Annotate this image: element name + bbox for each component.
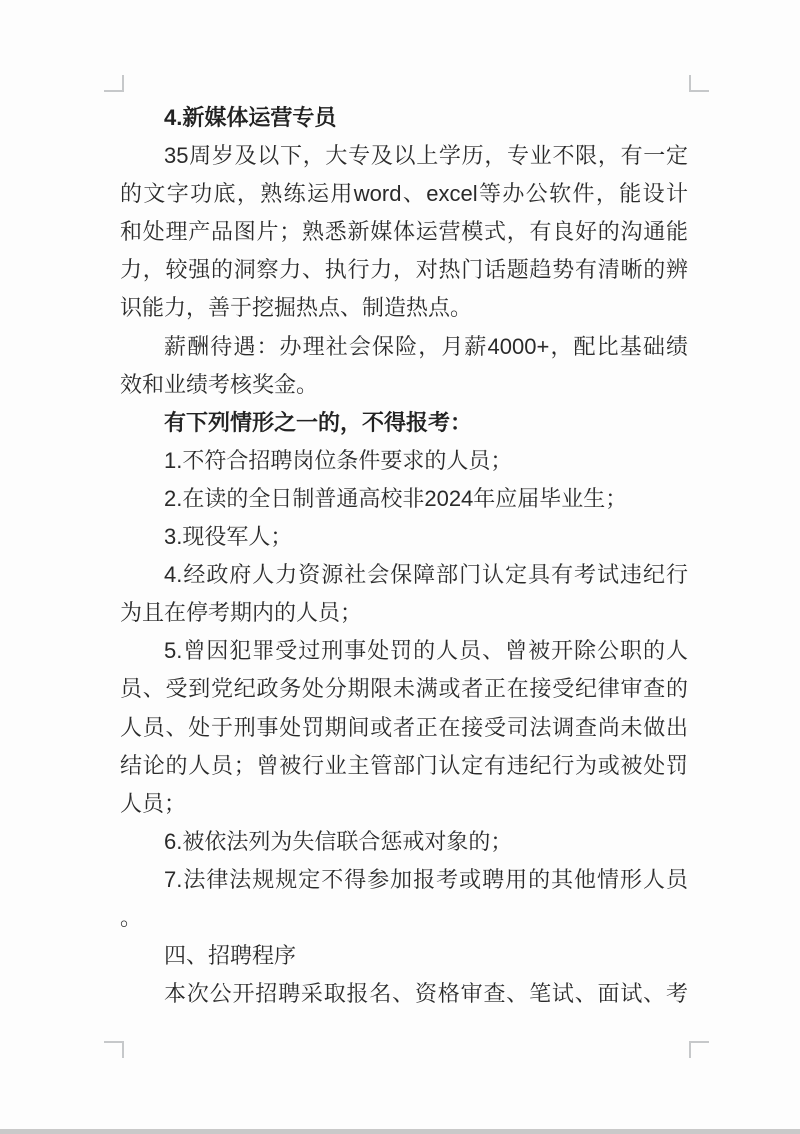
text-boundary-mark-top-left <box>104 75 124 92</box>
list-item-1: 1.不符合招聘岗位条件要求的人员； <box>120 442 688 480</box>
list-item-3: 3.现役军人； <box>120 518 688 556</box>
salary-line: 效和业绩考核奖金。 <box>120 366 688 404</box>
list-item-4: 4.经政府人力资源社会保障部门认定具有考试违纪行 <box>120 556 688 594</box>
doc-line: 力，较强的洞察力、执行力，对热门话题趋势有清晰的辨 <box>120 251 688 289</box>
document-page: 4.新媒体运营专员 35周岁及以下，大专及以上学历，专业不限，有一定 的文字功底… <box>0 0 800 1134</box>
doc-line: 和处理产品图片；熟悉新媒体运营模式，有良好的沟通能 <box>120 213 688 251</box>
doc-line: 35周岁及以下，大专及以上学历，专业不限，有一定 <box>120 137 688 175</box>
list-item-6: 6.被依法列为失信联合惩戒对象的； <box>120 823 688 861</box>
text-boundary-mark-bottom-left <box>104 1041 124 1058</box>
doc-line: 本次公开招聘采取报名、资格审查、笔试、面试、考 <box>120 975 688 1013</box>
doc-line: 的文字功底，熟练运用word、excel等办公软件，能设计 <box>120 175 688 213</box>
text-boundary-mark-top-right <box>689 75 709 92</box>
list-item-4-cont: 为且在停考期内的人员； <box>120 594 688 632</box>
list-item-2: 2.在读的全日制普通高校非2024年应届毕业生； <box>120 480 688 518</box>
list-item-5-cont: 人员、处于刑事处罚期间或者正在接受司法调查尚未做出 <box>120 709 688 747</box>
page-bottom-edge <box>0 1129 800 1134</box>
list-item-5-cont: 结论的人员；曾被行业主管部门认定有违纪行为或被处罚 <box>120 747 688 785</box>
list-item-5: 5.曾因犯罪受过刑事处罚的人员、曾被开除公职的人 <box>120 632 688 670</box>
heading-section-4-recruitment-procedure: 四、招聘程序 <box>120 937 688 975</box>
document-text: 4.新媒体运营专员 35周岁及以下，大专及以上学历，专业不限，有一定 的文字功底… <box>120 99 688 1013</box>
text-boundary-mark-bottom-right <box>689 1041 709 1058</box>
list-item-7-cont: 。 <box>120 899 688 937</box>
heading-position-4: 4.新媒体运营专员 <box>120 99 688 137</box>
heading-disqualification: 有下列情形之一的，不得报考： <box>120 404 688 442</box>
list-item-5-cont: 员、受到党纪政务处分期限未满或者正在接受纪律审查的 <box>120 670 688 708</box>
doc-line: 识能力，善于挖掘热点、制造热点。 <box>120 289 688 327</box>
list-item-7: 7.法律法规规定不得参加报考或聘用的其他情形人员 <box>120 861 688 899</box>
salary-line: 薪酬待遇：办理社会保险，月薪4000+，配比基础绩 <box>120 328 688 366</box>
list-item-5-cont: 人员； <box>120 785 688 823</box>
